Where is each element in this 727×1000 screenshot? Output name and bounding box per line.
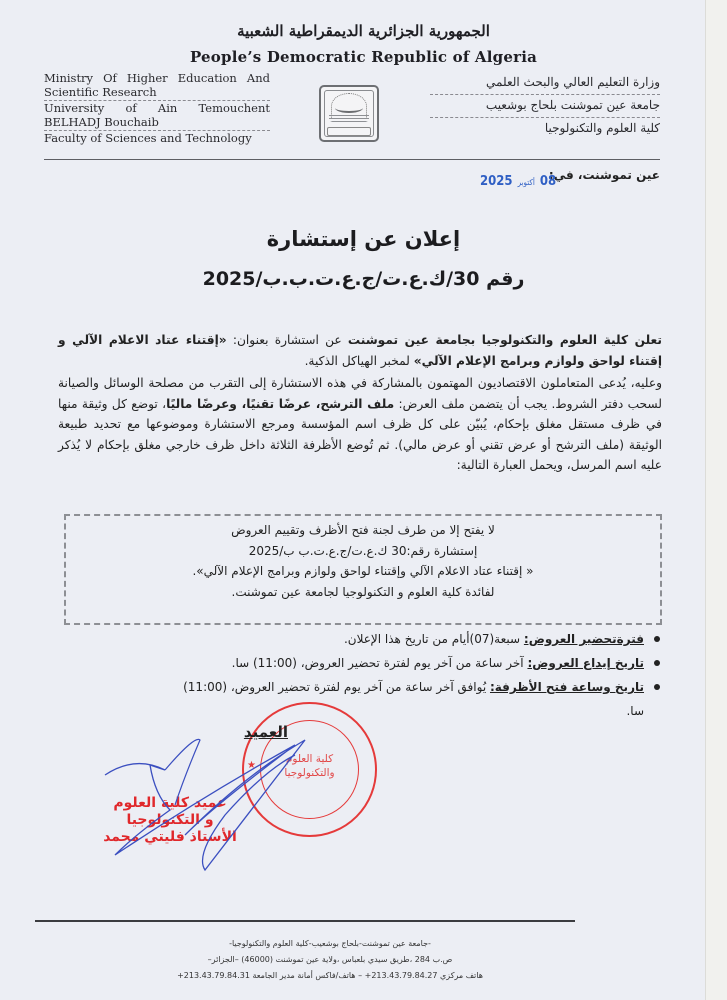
paragraph-intro: تعلن كلية العلوم والتكنولوجيا بجامعة عين… [58,330,662,371]
ministry-name-en: Ministry Of Higher Education And Scienti… [44,72,270,100]
footer-line-1: -جامعة عين تموشنت-بلحاج بوشعيب-كلية العل… [130,936,530,952]
page-edge [705,0,727,1000]
bullet-opening-date: تاريخ وساعة فتح الأظرفة: يُوافق آخر ساعة… [180,675,662,723]
document-title: إعلان عن إستشارة [0,227,727,251]
waves-icon [329,115,369,124]
envelope-line-3: « إقتناء عتاد الاعلام الآلي وإقتناء لواح… [66,561,660,582]
logo-caption-box [327,127,371,136]
institution-block-arabic: وزارة التعليم العالي والبحث العلمي جامعة… [430,72,660,140]
book-icon [335,103,363,113]
header-divider [44,159,660,160]
footer-divider [35,920,575,922]
university-name-en: University of Ain Temouchent BELHADJ Bou… [44,100,270,130]
paragraph-instructions: وعليه، يُدعى المتعاملون الاقتصاديون المه… [58,373,662,476]
envelope-text-box: لا يفتح إلا من طرف لجنة فتح الأظرف وتقيي… [64,514,662,625]
announcement-body: تعلن كلية العلوم والتكنولوجيا بجامعة عين… [58,330,662,478]
ministry-name-ar: وزارة التعليم العالي والبحث العلمي [430,72,660,94]
footer-line-2: ص.ب 284 ،طريق سيدي بلعباس ،ولاية عين تمو… [130,952,530,968]
institution-block-english: Ministry Of Higher Education And Scienti… [44,72,270,147]
handwritten-signature [95,735,355,875]
footer-line-3: هاتف مركزي 213.43.79.84.27+ – هاتف/فاكس … [130,968,530,984]
university-name-ar: جامعة عين تموشنت بلحاج بوشعيب [430,94,660,117]
footer-address: -جامعة عين تموشنت-بلحاج بوشعيب-كلية العل… [130,936,530,984]
date-stamp-day: 08 [540,174,556,189]
envelope-line-1: لا يفتح إلا من طرف لجنة فتح الأظرف وتقيي… [66,520,660,541]
deadline-list: فترةتحضير العروض: سبعة(07)أيام من تاريخ … [180,627,662,723]
date-stamp-month: أكتوبر [518,178,535,187]
republic-title-english: People’s Democratic Republic of Algeria [0,48,727,66]
envelope-line-2: إستشارة رقم:30 ك.ع.ت/ج.ع.ت.ب ب/2025 [66,541,660,562]
reference-number: رقم 30/ك.ع.ت/ج.ع.ت.ب.ب/2025 [0,268,727,290]
university-logo [319,85,379,142]
faculty-name-en: Faculty of Sciences and Technology [44,130,270,147]
date-stamp-year: 2025 [480,174,513,189]
republic-title-arabic: الجمهورية الجزائرية الديمقراطية الشعبية [0,22,727,40]
bullet-preparation-period: فترةتحضير العروض: سبعة(07)أيام من تاريخ … [180,627,662,651]
envelope-line-4: لفائدة كلية العلوم و التكنولوجيا لجامعة … [66,582,660,603]
date-stamp: 2025 أكتوبر 08 [480,174,600,189]
faculty-name-ar: كلية العلوم والتكنولوجيا [430,117,660,140]
bullet-submission-date: تاريخ إيداع العروض: آخر ساعة من آخر يوم … [180,651,662,675]
